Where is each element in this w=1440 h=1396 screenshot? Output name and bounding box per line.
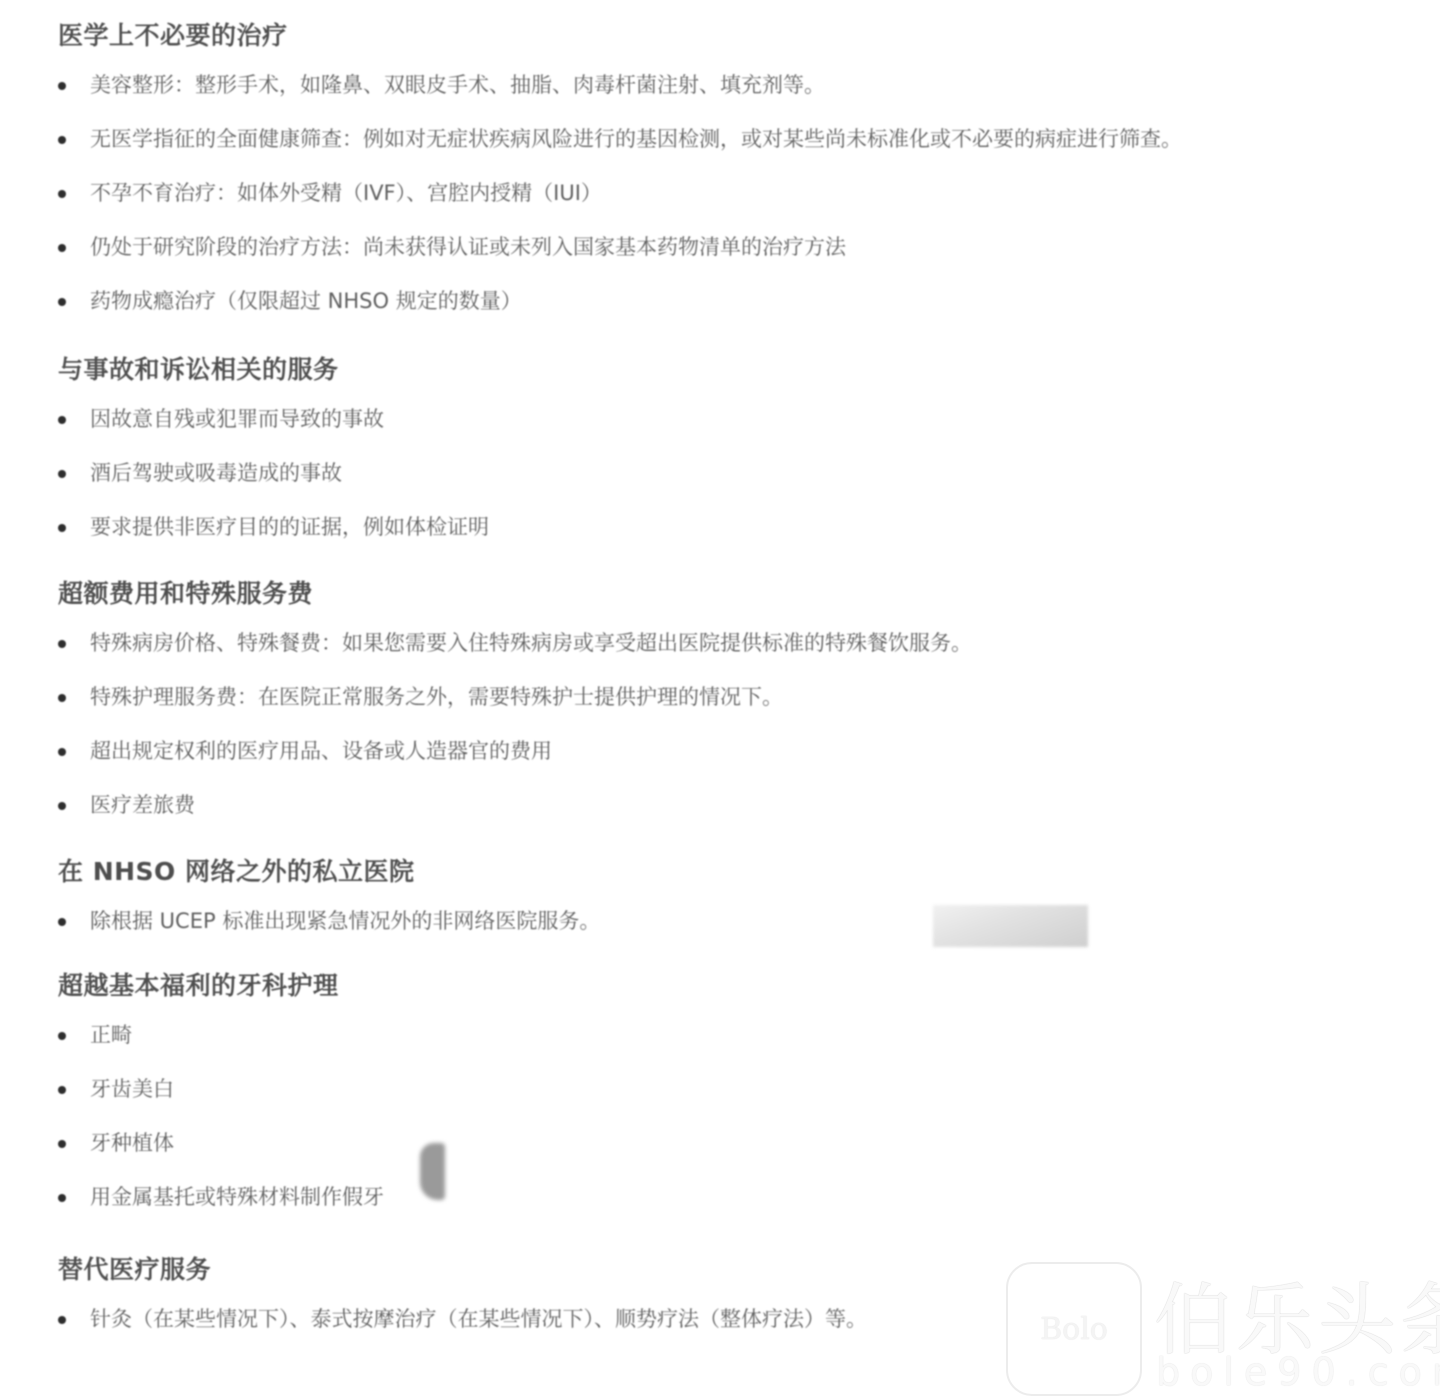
list-item: 超出规定权利的医疗用品、设备或人造器官的费用	[58, 724, 1398, 778]
section-title: 超越基本福利的牙科护理	[58, 964, 1398, 1008]
bullet-icon	[58, 802, 66, 810]
bullet-list: 特殊病房价格、特殊餐费：如果您需要入住特殊病房或享受超出医院提供标准的特殊餐饮服…	[58, 616, 1398, 832]
bullet-icon	[58, 1316, 66, 1324]
section-title: 替代医疗服务	[58, 1248, 1398, 1292]
bullet-list: 除根据 UCEP 标准出现紧急情况外的非网络医院服务。	[58, 894, 1398, 948]
list-item-text: 因故意自残或犯罪而导致的事故	[90, 407, 384, 431]
list-item: 正畸	[58, 1008, 1398, 1062]
list-item: 特殊病房价格、特殊餐费：如果您需要入住特殊病房或享受超出医院提供标准的特殊餐饮服…	[58, 616, 1398, 670]
list-item-text: 超出规定权利的医疗用品、设备或人造器官的费用	[90, 739, 552, 763]
bullet-list: 因故意自残或犯罪而导致的事故 酒后驾驶或吸毒造成的事故 要求提供非医疗目的的证据…	[58, 392, 1398, 554]
list-item: 牙种植体	[58, 1116, 1398, 1170]
bullet-icon	[58, 470, 66, 478]
list-item-text: 除根据 UCEP 标准出现紧急情况外的非网络医院服务。	[90, 909, 600, 933]
list-item-text: 不孕不育治疗：如体外受精（IVF）、宫腔内授精（IUI）	[90, 181, 602, 205]
list-item-text: 针灸（在某些情况下）、泰式按摩治疗（在某些情况下）、顺势疗法（整体疗法）等。	[90, 1307, 867, 1331]
list-item-text: 特殊护理服务费：在医院正常服务之外，需要特殊护士提供护理的情况下。	[90, 685, 783, 709]
bullet-list: 美容整形：整形手术，如隆鼻、双眼皮手术、抽脂、肉毒杆菌注射、填充剂等。 无医学指…	[58, 58, 1398, 328]
bullet-icon	[58, 694, 66, 702]
section-private-hospitals-outside-nhso: 在 NHSO 网络之外的私立医院 除根据 UCEP 标准出现紧急情况外的非网络医…	[58, 850, 1398, 948]
list-item-text: 牙种植体	[90, 1131, 174, 1155]
bullet-list: 正畸 牙齿美白 牙种植体 用金属基托或特殊材料制作假牙	[58, 1008, 1398, 1224]
bullet-icon	[58, 82, 66, 90]
section-title: 医学上不必要的治疗	[58, 14, 1398, 58]
bullet-icon	[58, 1086, 66, 1094]
list-item: 牙齿美白	[58, 1062, 1398, 1116]
list-item-text: 医疗差旅费	[90, 793, 195, 817]
list-item: 针灸（在某些情况下）、泰式按摩治疗（在某些情况下）、顺势疗法（整体疗法）等。	[58, 1292, 1398, 1346]
bullet-icon	[58, 416, 66, 424]
list-item-text: 仍处于研究阶段的治疗方法：尚未获得认证或未列入国家基本药物清单的治疗方法	[90, 235, 846, 259]
bullet-icon	[58, 244, 66, 252]
list-item: 要求提供非医疗目的的证据，例如体检证明	[58, 500, 1398, 554]
list-item: 特殊护理服务费：在医院正常服务之外，需要特殊护士提供护理的情况下。	[58, 670, 1398, 724]
section-medically-unnecessary: 医学上不必要的治疗 美容整形：整形手术，如隆鼻、双眼皮手术、抽脂、肉毒杆菌注射、…	[58, 14, 1398, 328]
list-item-text: 特殊病房价格、特殊餐费：如果您需要入住特殊病房或享受超出医院提供标准的特殊餐饮服…	[90, 631, 972, 655]
list-item-text: 用金属基托或特殊材料制作假牙	[90, 1185, 384, 1209]
section-alternative-medicine: 替代医疗服务 针灸（在某些情况下）、泰式按摩治疗（在某些情况下）、顺势疗法（整体…	[58, 1248, 1398, 1346]
list-item-text: 美容整形：整形手术，如隆鼻、双眼皮手术、抽脂、肉毒杆菌注射、填充剂等。	[90, 73, 825, 97]
list-item: 无医学指征的全面健康筛查：例如对无症状疾病风险进行的基因检测，或对某些尚未标准化…	[58, 112, 1398, 166]
list-item-text: 要求提供非医疗目的的证据，例如体检证明	[90, 515, 489, 539]
list-item-text: 无医学指征的全面健康筛查：例如对无症状疾病风险进行的基因检测，或对某些尚未标准化…	[90, 127, 1182, 151]
list-item: 医疗差旅费	[58, 778, 1398, 832]
bullet-icon	[58, 640, 66, 648]
section-accidents-litigation: 与事故和诉讼相关的服务 因故意自残或犯罪而导致的事故 酒后驾驶或吸毒造成的事故 …	[58, 348, 1398, 554]
smudge-artifact	[420, 1143, 445, 1200]
list-item: 酒后驾驶或吸毒造成的事故	[58, 446, 1398, 500]
list-item: 不孕不育治疗：如体外受精（IVF）、宫腔内授精（IUI）	[58, 166, 1398, 220]
list-item: 用金属基托或特殊材料制作假牙	[58, 1170, 1398, 1224]
smudge-artifact	[933, 905, 1088, 947]
bullet-icon	[58, 1140, 66, 1148]
bullet-icon	[58, 1194, 66, 1202]
section-title: 与事故和诉讼相关的服务	[58, 348, 1398, 392]
list-item: 因故意自残或犯罪而导致的事故	[58, 392, 1398, 446]
document-body: 医学上不必要的治疗 美容整形：整形手术，如隆鼻、双眼皮手术、抽脂、肉毒杆菌注射、…	[58, 14, 1398, 1360]
section-title: 在 NHSO 网络之外的私立医院	[58, 850, 1398, 894]
list-item-text: 牙齿美白	[90, 1077, 174, 1101]
list-item-text: 酒后驾驶或吸毒造成的事故	[90, 461, 342, 485]
list-item-text: 正畸	[90, 1023, 132, 1047]
bullet-icon	[58, 298, 66, 306]
list-item-text: 药物成瘾治疗（仅限超过 NHSO 规定的数量）	[90, 289, 522, 313]
bullet-icon	[58, 190, 66, 198]
list-item: 除根据 UCEP 标准出现紧急情况外的非网络医院服务。	[58, 894, 1398, 948]
section-dental-care: 超越基本福利的牙科护理 正畸 牙齿美白 牙种植体 用金属基托或特殊材料制作假牙	[58, 964, 1398, 1224]
list-item: 药物成瘾治疗（仅限超过 NHSO 规定的数量）	[58, 274, 1398, 328]
section-title: 超额费用和特殊服务费	[58, 572, 1398, 616]
bullet-icon	[58, 918, 66, 926]
list-item: 仍处于研究阶段的治疗方法：尚未获得认证或未列入国家基本药物清单的治疗方法	[58, 220, 1398, 274]
bullet-icon	[58, 748, 66, 756]
bullet-icon	[58, 1032, 66, 1040]
bullet-list: 针灸（在某些情况下）、泰式按摩治疗（在某些情况下）、顺势疗法（整体疗法）等。	[58, 1292, 1398, 1346]
bullet-icon	[58, 136, 66, 144]
bullet-icon	[58, 524, 66, 532]
list-item: 美容整形：整形手术，如隆鼻、双眼皮手术、抽脂、肉毒杆菌注射、填充剂等。	[58, 58, 1398, 112]
section-excess-special-fees: 超额费用和特殊服务费 特殊病房价格、特殊餐费：如果您需要入住特殊病房或享受超出医…	[58, 572, 1398, 832]
